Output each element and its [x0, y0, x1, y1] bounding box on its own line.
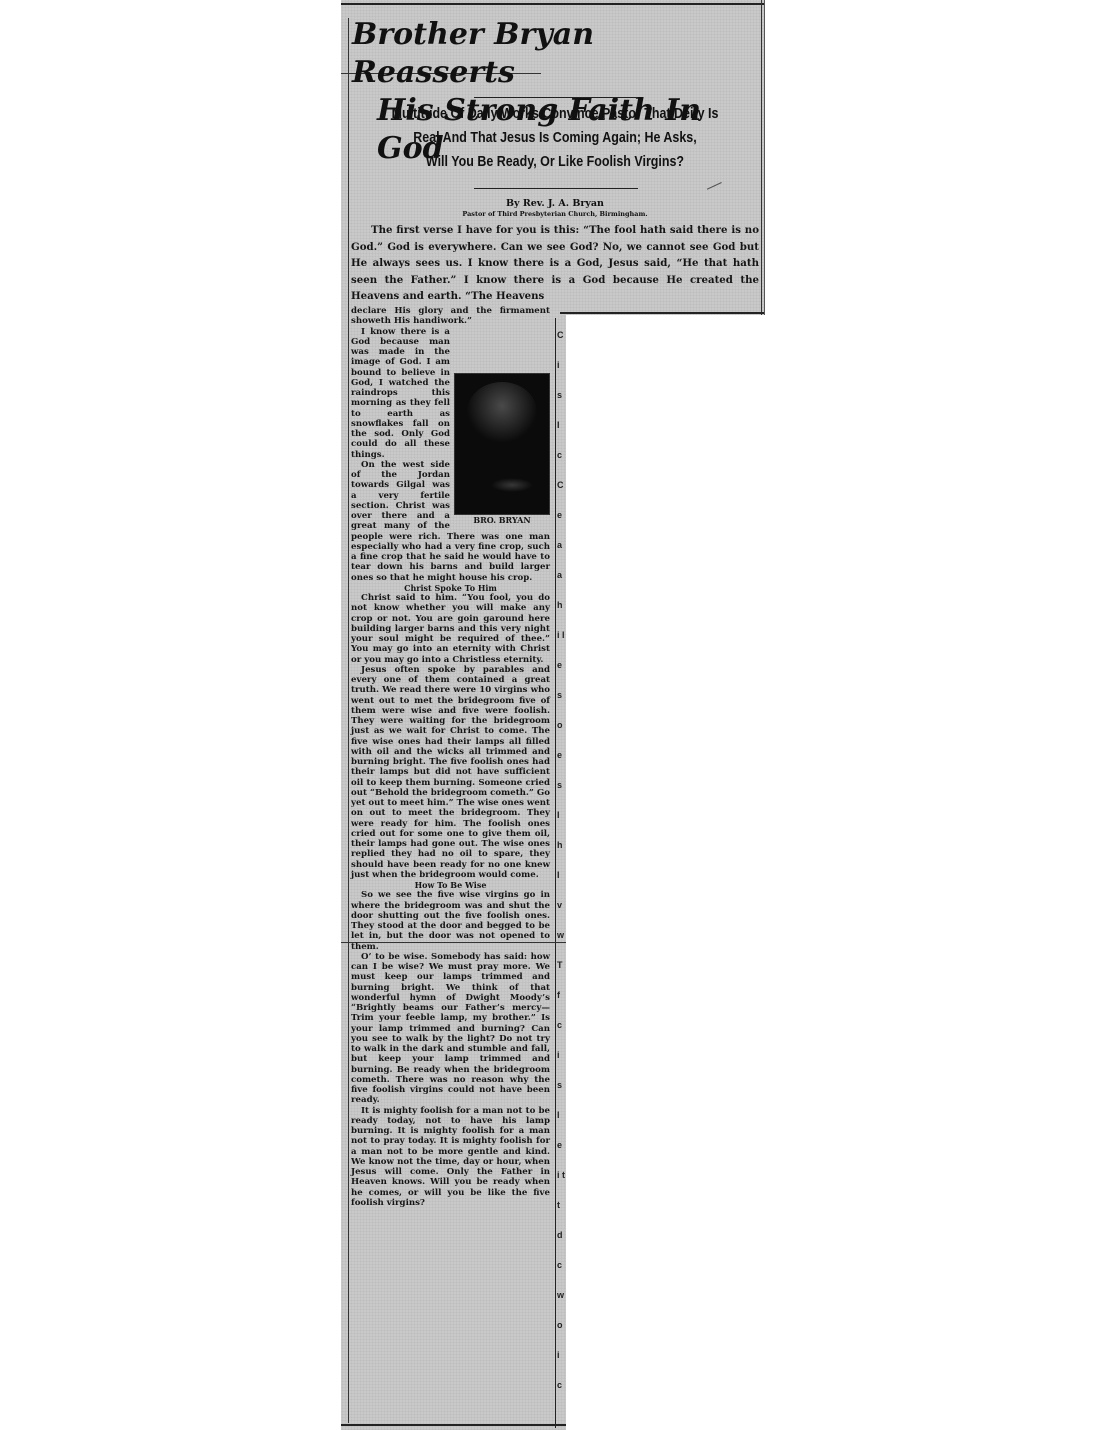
top-rule — [341, 3, 764, 5]
portrait-photo-icon — [454, 373, 550, 515]
subhead: Christ Spoke To Him — [351, 583, 550, 593]
headline-line-1: Brother Bryan Reasserts — [352, 16, 762, 92]
left-column-rule — [348, 18, 349, 1423]
photo-figure: BRO. BRYAN — [454, 373, 550, 525]
headline-divider — [474, 97, 638, 98]
deck-divider — [474, 188, 638, 189]
article-body-column: declare His glory and the firmament show… — [351, 306, 550, 1208]
byline: By Rev. J. A. Bryan — [350, 199, 760, 209]
adjacent-column-fragment: C i s I c C e a a h i l e s o e s I h I … — [557, 320, 566, 1420]
body-paragraph: Christ said to him. “You fool, you do no… — [351, 593, 550, 665]
photo-caption: BRO. BRYAN — [454, 515, 550, 526]
subheadline-deck: Multitude Of Daily Works Convince Pastor… — [379, 102, 732, 174]
deck-line-1: Multitude Of Daily Works Convince Pastor… — [379, 102, 732, 126]
body-paragraph: It is mighty foolish for a man not to be… — [351, 1106, 550, 1209]
body-paragraph: Jesus often spoke by parables and every … — [351, 665, 550, 880]
deck-line-3: Will You Be Ready, Or Like Foolish Virgi… — [379, 150, 732, 174]
bottom-rule — [341, 1424, 566, 1426]
body-paragraph: declare His glory and the firmament show… — [351, 306, 550, 327]
lead-paragraph: The first verse I have for you is this: … — [351, 222, 759, 305]
header-bottom-rule — [560, 312, 764, 314]
body-paragraph: So we see the five wise virgins go in wh… — [351, 890, 550, 952]
right-column-rule — [555, 318, 556, 1428]
subhead: How To Be Wise — [351, 880, 550, 890]
byline-title: Pastor of Third Presbyterian Church, Bir… — [350, 210, 760, 218]
deck-line-2: Real And That Jesus Is Coming Again; He … — [379, 126, 732, 150]
body-paragraph: O’ to be wise. Somebody has said: how ca… — [351, 952, 550, 1106]
